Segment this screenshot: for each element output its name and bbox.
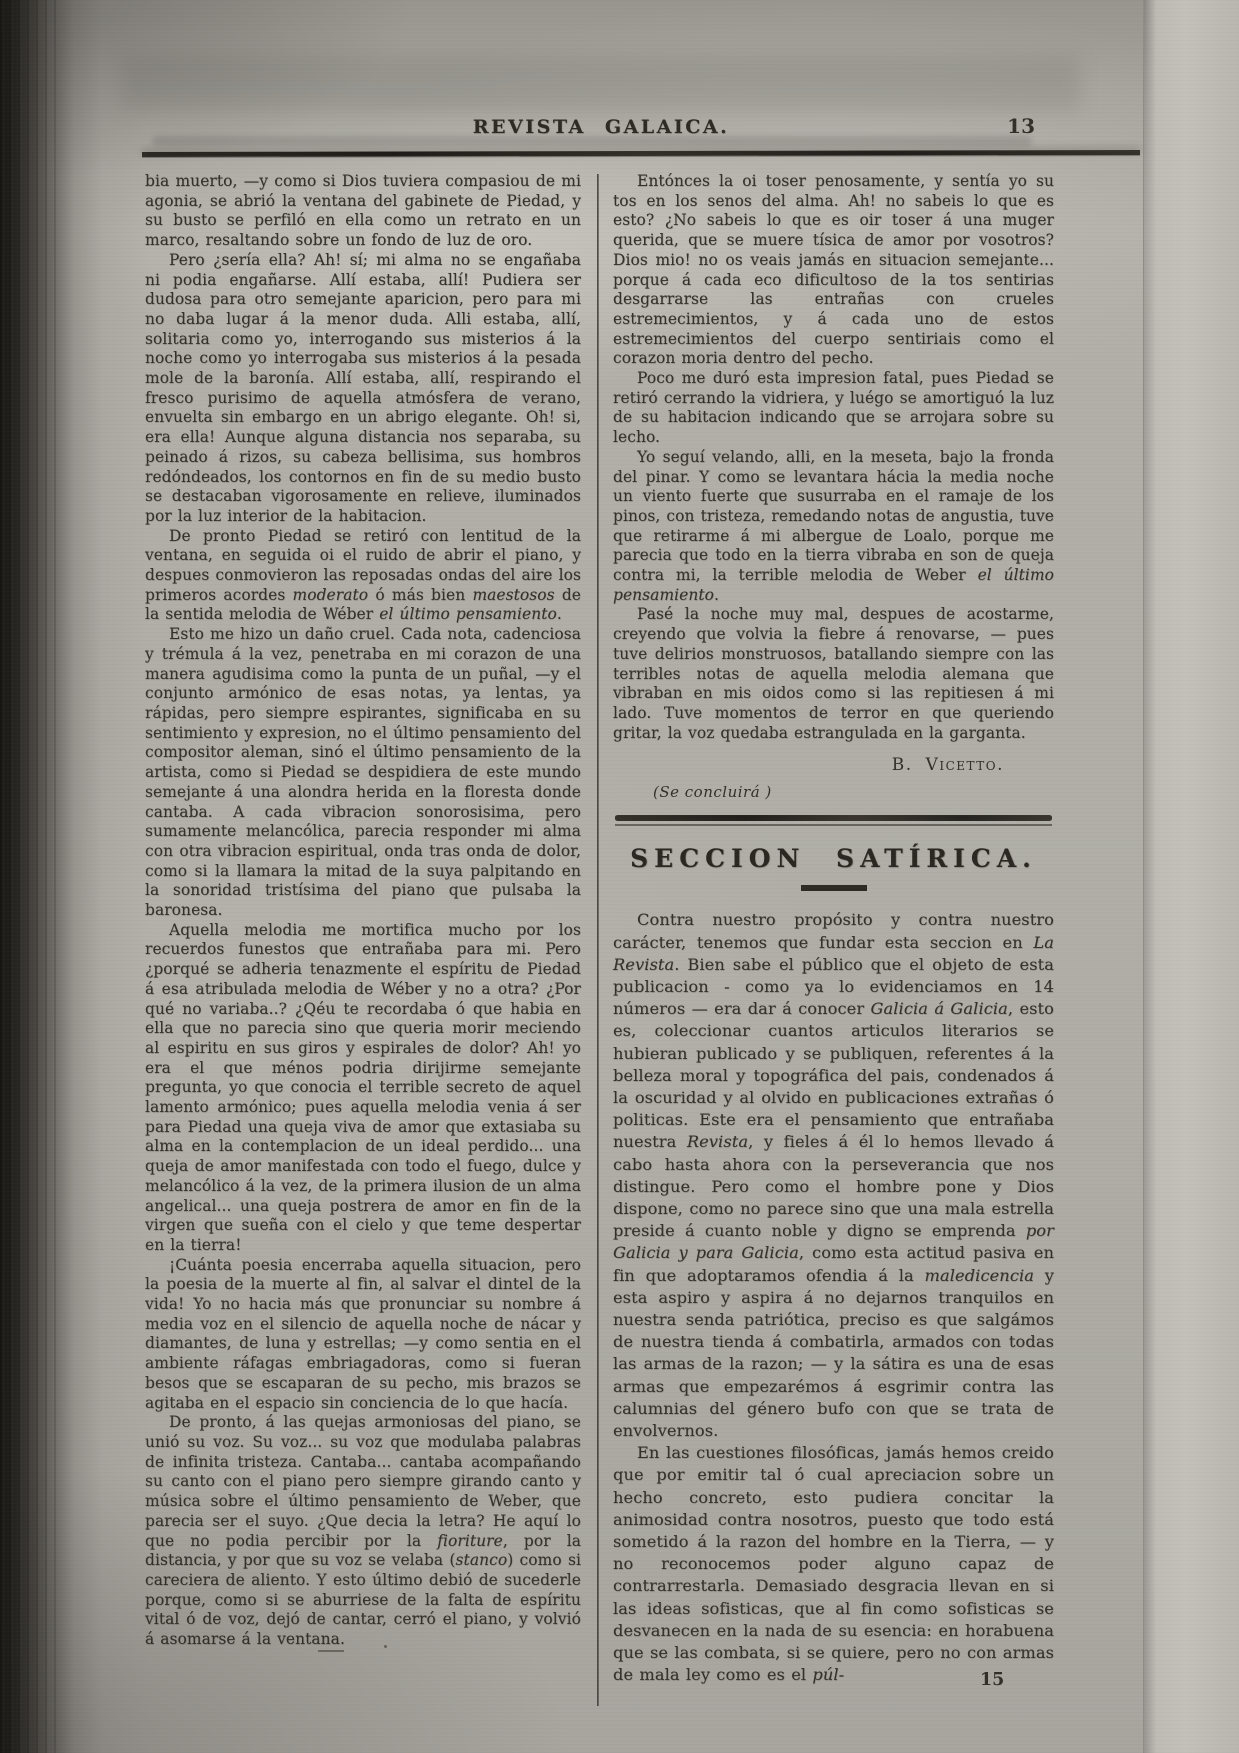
- separator-thin-bar: [615, 824, 1052, 826]
- end-of-article-dash: [318, 1650, 344, 1652]
- header-rule: [142, 150, 1140, 157]
- paragraph: Yo seguí velando, alli, en la meseta, ba…: [613, 448, 1054, 606]
- column-divider: [597, 174, 599, 1706]
- paragraph: De pronto, á las quejas armoniosas del p…: [145, 1413, 581, 1649]
- paragraph: Poco me duró esta impresion fatal, pues …: [613, 369, 1054, 448]
- paragraph: Aquella melodia me mortifica mucho por l…: [145, 921, 581, 1256]
- right-column: Entónces la oi toser penosamente, y sent…: [613, 172, 1054, 1687]
- paragraph: ¡Cuánta poesia encerraba aquella situaci…: [145, 1256, 581, 1414]
- section-body: Contra nuestro propósito y contra nuestr…: [613, 909, 1054, 1686]
- section-title: SECCION SATÍRICA.: [613, 844, 1054, 873]
- journal-title: REVISTA GALAICA.: [145, 116, 1057, 138]
- story-continuation: Entónces la oi toser penosamente, y sent…: [613, 172, 1054, 743]
- paragraph: De pronto Piedad se retiró con lentitud …: [145, 527, 581, 626]
- paragraph: Esto me hizo un daño cruel. Cada nota, c…: [145, 625, 581, 921]
- binding-shadow: [0, 0, 150, 1753]
- paper-stain: [120, 56, 1080, 110]
- paragraph: Contra nuestro propósito y contra nuestr…: [613, 909, 1054, 1442]
- paragraph: bia muerto, —y como si Dios tuviera comp…: [145, 172, 581, 251]
- signature-mark: 15: [980, 1670, 1004, 1690]
- scanned-page: REVISTA GALAICA. 13 bia muerto, —y como …: [0, 0, 1239, 1753]
- text-columns: bia muerto, —y como si Dios tuviera comp…: [145, 172, 1057, 1706]
- separator-thick-bar: [615, 815, 1052, 821]
- paragraph: Pasé la noche muy mal, despues de acosta…: [613, 605, 1054, 743]
- section-title-rule: [801, 885, 867, 891]
- page-header: REVISTA GALAICA. 13: [145, 116, 1057, 138]
- page-edge: [1143, 0, 1239, 1753]
- page-number: 13: [1007, 114, 1035, 138]
- section-separator-rule: [615, 815, 1052, 826]
- left-column: bia muerto, —y como si Dios tuviera comp…: [145, 172, 581, 1650]
- author-signature: B. Vicetto.: [613, 755, 1054, 775]
- paragraph: Entónces la oi toser penosamente, y sent…: [613, 172, 1054, 369]
- continuation-note: (Se concluirá ): [653, 783, 1054, 801]
- paragraph: En las cuestiones filosóficas, jamás hem…: [613, 1442, 1054, 1686]
- paragraph: Pero ¿sería ella? Ah! sí; mi alma no se …: [145, 251, 581, 527]
